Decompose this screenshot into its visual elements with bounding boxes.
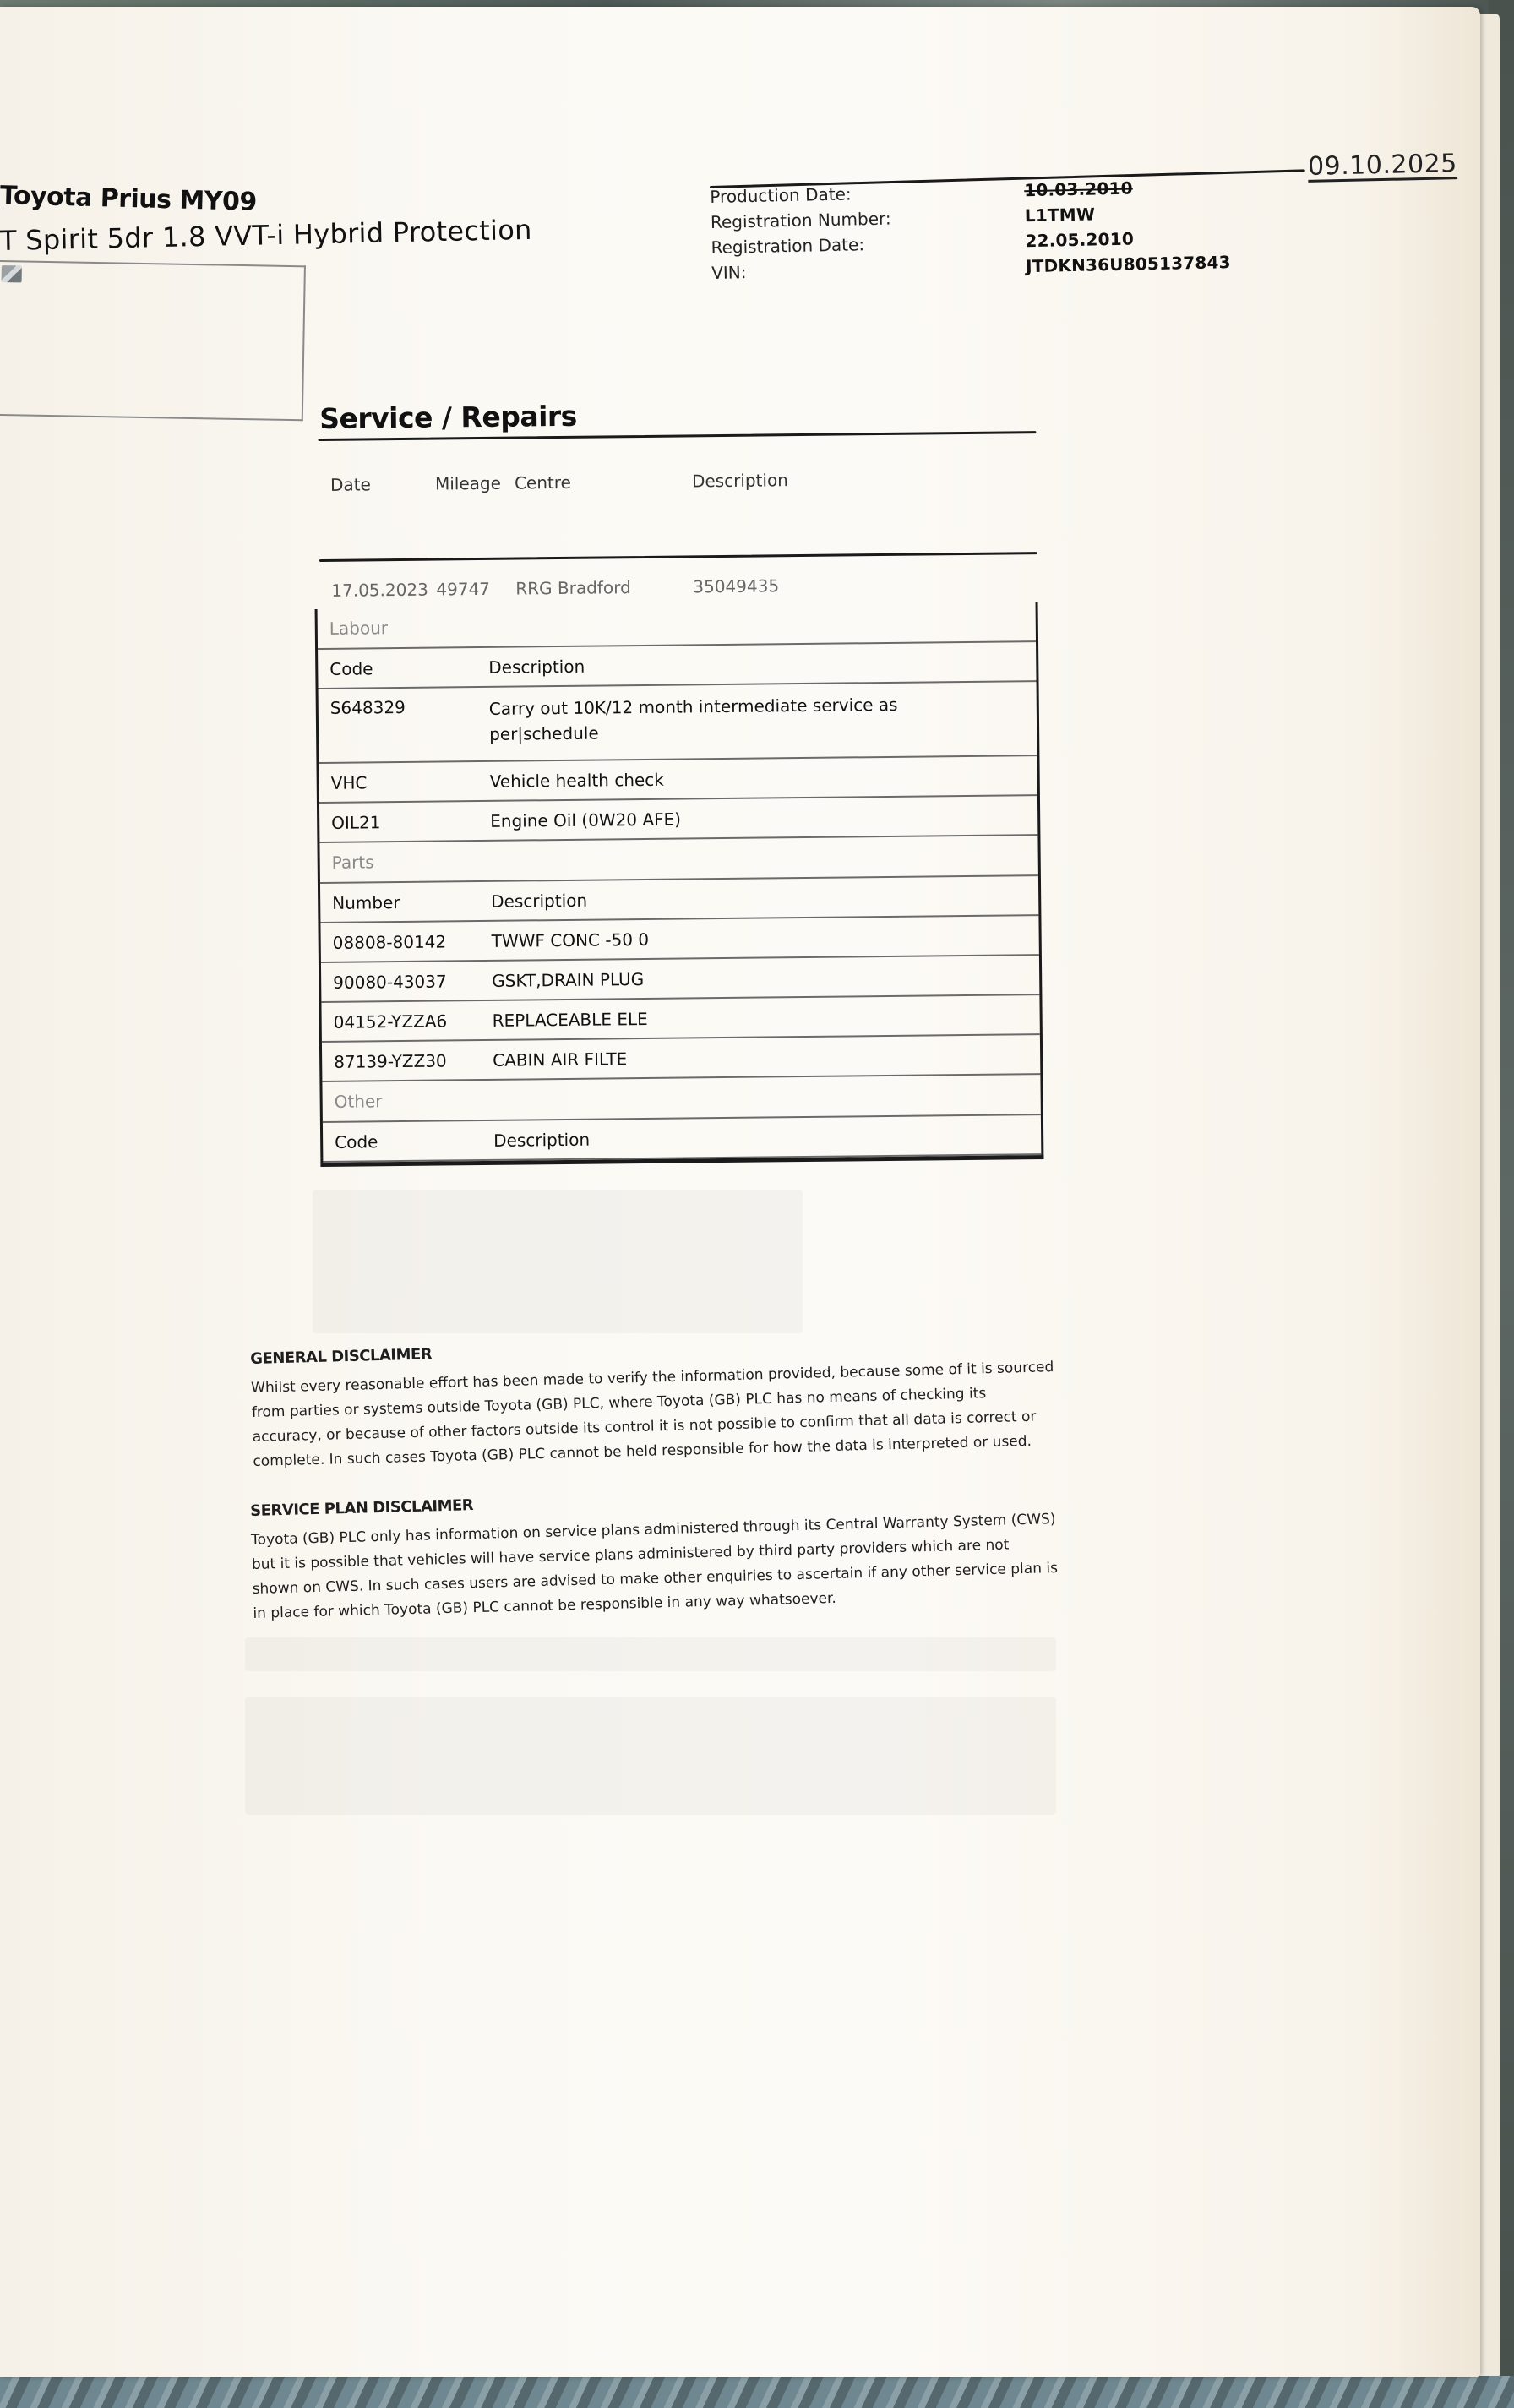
- record-centre: RRG Bradford: [498, 576, 684, 598]
- column-header-description: Description: [683, 470, 789, 555]
- vehicle-image-placeholder: [0, 260, 306, 421]
- part-number: 04152-YZZA6: [322, 1010, 493, 1032]
- column-header-centre: Centre: [498, 471, 684, 557]
- disclaimer-body: Whilst every reasonable effort has been …: [251, 1355, 1059, 1474]
- column-header-date: Date: [319, 474, 436, 559]
- header-code: Code: [318, 656, 488, 678]
- info-label: Production Date:: [710, 180, 1024, 207]
- record-date: 17.05.2023: [319, 580, 436, 601]
- info-label: Registration Date:: [711, 231, 1025, 258]
- bleed-through-text: [245, 1697, 1056, 1815]
- part-number: 90080-43037: [321, 970, 492, 992]
- group-label: Labour: [318, 617, 488, 639]
- part-description: CABIN AIR FILTE: [493, 1042, 1040, 1073]
- labour-description: Engine Oil (0W20 AFE): [490, 803, 1037, 834]
- header-description: Description: [493, 1122, 1041, 1153]
- labour-code: S648329: [319, 696, 489, 718]
- part-description: TWWF CONC -50 0: [492, 923, 1039, 954]
- header-description: Description: [488, 649, 1036, 680]
- info-label: VIN:: [711, 256, 1026, 283]
- info-value: L1TMW: [1025, 204, 1096, 226]
- disclaimer-body: Toyota (GB) PLC only has information on …: [251, 1507, 1059, 1626]
- broken-image-icon: [2, 265, 22, 282]
- labour-code: OIL21: [319, 810, 490, 832]
- vehicle-subtitle: T Spirit 5dr 1.8 VVT-i Hybrid Protection: [0, 214, 532, 257]
- info-value: 22.05.2010: [1025, 229, 1134, 252]
- group-label: Parts: [320, 851, 491, 873]
- vehicle-title: Toyota Prius MY09: [0, 181, 257, 217]
- column-headers: Date Mileage Centre Description: [319, 467, 1037, 559]
- service-detail-table: Labour Code Description S648329 Carry ou…: [315, 602, 1044, 1167]
- info-value: JTDKN36U805137843: [1026, 252, 1231, 276]
- labour-description: Vehicle health check: [490, 763, 1037, 794]
- info-label: Registration Number:: [711, 205, 1025, 232]
- part-description: REPLACEABLE ELE: [493, 1002, 1040, 1033]
- vehicle-info: Production Date: 10.03.2010 Registration…: [710, 173, 1231, 286]
- record-description: 35049435: [684, 575, 779, 597]
- part-number: 87139-YZZ30: [322, 1049, 493, 1071]
- print-date: 09.10.2025: [1308, 149, 1457, 182]
- bleed-through-text: [245, 1637, 1056, 1671]
- bleed-through-text: [313, 1190, 803, 1333]
- header-description: Description: [491, 883, 1038, 914]
- service-repairs-section: Service / Repairs Date Mileage Centre De…: [318, 395, 1043, 1167]
- document-page: 09.10.2025 Toyota Prius MY09 T Spirit 5d…: [0, 7, 1480, 2377]
- header-code: Code: [323, 1130, 493, 1152]
- column-header-mileage: Mileage: [435, 473, 498, 558]
- general-disclaimer: GENERAL DISCLAIMER Whilst every reasonab…: [250, 1329, 1059, 1474]
- labour-row: S648329 Carry out 10K/12 month intermedi…: [319, 682, 1037, 764]
- service-record-row: 17.05.2023 49747 RRG Bradford 35049435: [319, 573, 1037, 601]
- service-plan-disclaimer: SERVICE PLAN DISCLAIMER Toyota (GB) PLC …: [250, 1481, 1059, 1626]
- section-title: Service / Repairs: [319, 395, 1036, 435]
- background-surface-bottom: [0, 2376, 1514, 2408]
- info-value: 10.03.2010: [1024, 178, 1133, 201]
- part-number: 08808-80142: [321, 930, 492, 952]
- record-mileage: 49747: [436, 579, 498, 600]
- labour-code: VHC: [319, 771, 490, 793]
- group-label: Other: [323, 1090, 493, 1112]
- part-description: GSKT,DRAIN PLUG: [492, 962, 1039, 994]
- labour-description: Carry out 10K/12 month intermediate serv…: [489, 690, 1037, 747]
- header-number: Number: [320, 891, 491, 913]
- other-header-row: Code Description: [323, 1115, 1041, 1163]
